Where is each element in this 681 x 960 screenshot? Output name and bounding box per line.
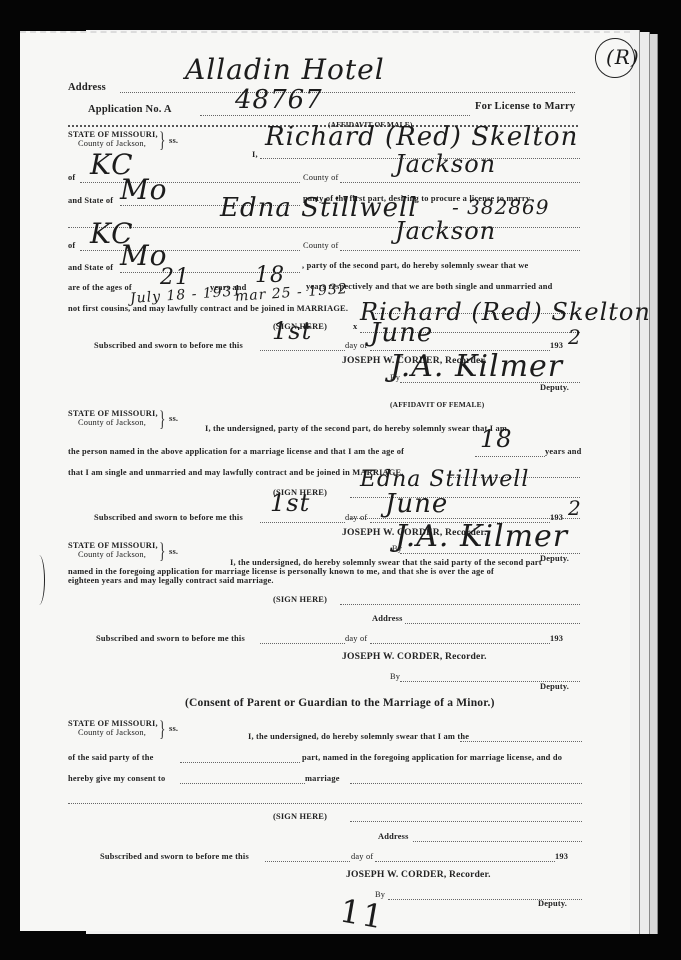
deputy-signature-2: J.A. Kilmer xyxy=(395,519,568,554)
bottom-tally-mark: 11 xyxy=(337,891,388,936)
sworn-month: June xyxy=(370,318,433,348)
male-name: Richard (Red) Skelton xyxy=(265,122,578,152)
spouse-line xyxy=(68,227,580,228)
spouse-reference: - 382869 xyxy=(452,195,549,219)
female-county: Jackson xyxy=(395,217,496,245)
county-of-label-2: County of xyxy=(303,241,339,250)
day-of-label-2: day of xyxy=(345,513,367,522)
witness-line-2: named in the foregoing application for m… xyxy=(68,567,494,576)
county-label-3: County of Jackson, xyxy=(78,550,146,559)
consent-line-1: I, the undersigned, do hereby solemnly s… xyxy=(248,732,469,741)
signature-line-4 xyxy=(350,821,582,822)
day-line-2 xyxy=(260,522,345,523)
license-label: For License to Marry xyxy=(475,101,575,112)
county-label-4: County of Jackson, xyxy=(78,728,146,737)
recorder-label-3: JOSEPH W. CORDER, Recorder. xyxy=(342,651,487,662)
license-page: (R) Address Alladin Hotel Application No… xyxy=(20,31,630,931)
month-line-3 xyxy=(370,643,550,644)
consent-line-2-prefix: of the said party of the xyxy=(68,753,154,762)
female-age: 18 xyxy=(255,263,285,288)
sworn-text-2: Subscribed and sworn to before me this xyxy=(94,513,243,522)
deputy-label-4: Deputy. xyxy=(538,899,567,908)
male-county: Jackson xyxy=(395,150,496,178)
address-line xyxy=(120,92,575,93)
address-line-4 xyxy=(413,841,582,842)
day-line-3 xyxy=(260,643,345,644)
application-label: Application No. A xyxy=(88,104,172,115)
day-line-4 xyxy=(265,861,350,862)
state-label-4: STATE OF MISSOURI, xyxy=(68,719,158,728)
deputy-label: Deputy. xyxy=(540,383,569,392)
i-label: I, xyxy=(252,150,258,159)
county-line xyxy=(340,182,580,183)
witness-line-1: I, the undersigned, do hereby solemnly s… xyxy=(230,558,542,567)
female-line-2: the person named in the above applicatio… xyxy=(68,447,404,456)
consent-marriage-label: marriage xyxy=(305,774,340,783)
consent-line-2-suffix: part, named in the foregoing application… xyxy=(302,753,562,762)
recorder-label-4: JOSEPH W. CORDER, Recorder. xyxy=(346,869,491,880)
application-number: 48767 xyxy=(235,85,323,115)
margin-pen-mark xyxy=(33,555,45,605)
sworn-text-3: Subscribed and sworn to before me this xyxy=(96,634,245,643)
deputy-label-3: Deputy. xyxy=(540,682,569,691)
state-of-label: and State of xyxy=(68,196,113,205)
sign-here-label-3: (SIGN HERE) xyxy=(273,595,327,604)
address-value: Alladin Hotel xyxy=(185,53,385,86)
ss-label: ss. xyxy=(169,136,178,145)
sworn-month-2: June xyxy=(385,489,448,519)
brace: } xyxy=(159,129,165,151)
brace-2: } xyxy=(159,408,165,430)
year-suffix: 2 xyxy=(568,325,582,349)
by-label-3: By xyxy=(390,672,400,681)
year-prefix-3: 193 xyxy=(550,634,563,643)
deputy-label-2: Deputy. xyxy=(540,554,569,563)
female-line-2-suffix: years and xyxy=(545,447,581,456)
birthdate-female: mar 25 - 1932 xyxy=(235,281,349,305)
signature-line-3 xyxy=(340,604,580,605)
consent-blank-line xyxy=(68,803,582,804)
month-line-4 xyxy=(375,861,555,862)
deputy-signature: J.A. Kilmer xyxy=(390,349,563,384)
brace-4: } xyxy=(159,718,165,740)
county-label: County of Jackson, xyxy=(78,139,146,148)
consent-party-line xyxy=(180,762,300,763)
of-label: of xyxy=(68,173,75,182)
state-label-3: STATE OF MISSOURI, xyxy=(68,541,158,550)
consent-line-3-prefix: hereby give my consent to xyxy=(68,774,165,783)
year-prefix-4: 193 xyxy=(555,852,568,861)
city-line xyxy=(80,182,300,183)
application-line xyxy=(200,115,470,116)
sworn-text: Subscribed and sworn to before me this xyxy=(94,341,243,350)
day-line xyxy=(260,350,345,351)
cousins-text: not first cousins, and may lawfully cont… xyxy=(68,304,348,313)
consent-name-line xyxy=(180,783,305,784)
year-suffix-2: 2 xyxy=(568,496,582,520)
city-line-2 xyxy=(80,250,300,251)
county-line-2 xyxy=(340,250,580,251)
county-label-2: County of Jackson, xyxy=(78,418,146,427)
female-affidavit-title: (AFFIDAVIT OF FEMALE) xyxy=(390,400,484,409)
spouse-name: Edna Stillwell xyxy=(220,193,418,223)
party-second-text: , party of the second part, do hereby so… xyxy=(302,261,528,270)
sworn-day-2: 1st xyxy=(270,489,310,517)
brace-3: } xyxy=(159,540,165,562)
female-line-3: that I am single and unmarried and may l… xyxy=(68,468,404,477)
day-of-label: day of xyxy=(345,341,367,350)
day-of-label-3: day of xyxy=(345,634,367,643)
state-label-2: STATE OF MISSOURI, xyxy=(68,409,158,418)
address-label: Address xyxy=(68,82,106,93)
address-line-3 xyxy=(405,623,580,624)
ages-prefix: are of the ages of xyxy=(68,283,132,292)
sworn-text-4: Subscribed and sworn to before me this xyxy=(100,852,249,861)
female-age-2: 18 xyxy=(480,425,513,453)
state-label: STATE OF MISSOURI, xyxy=(68,130,158,139)
consent-line-1-fill xyxy=(460,741,582,742)
address-label-3: Address xyxy=(372,614,403,623)
female-line-1: I, the undersigned, party of the second … xyxy=(205,424,507,433)
consent-title: (Consent of Parent or Guardian to the Ma… xyxy=(185,697,495,709)
county-of-label: County of xyxy=(303,173,339,182)
consent-marriage-line xyxy=(350,783,582,784)
sign-here-label-4: (SIGN HERE) xyxy=(273,812,327,821)
day-of-label-4: day of xyxy=(351,852,373,861)
state-of-label-2: and State of xyxy=(68,263,113,272)
corner-mark: (R) xyxy=(606,45,640,69)
sworn-day: 1st xyxy=(272,317,312,345)
of-label-2: of xyxy=(68,241,75,250)
male-state: Mo xyxy=(120,173,168,206)
ss-label-3: ss. xyxy=(169,547,178,556)
ss-label-4: ss. xyxy=(169,724,178,733)
sign-x: x xyxy=(353,322,357,331)
ss-label-2: ss. xyxy=(169,414,178,423)
age-line xyxy=(475,456,545,457)
witness-line-3: eighteen years and may legally contract … xyxy=(68,576,274,585)
address-label-4: Address xyxy=(378,832,409,841)
